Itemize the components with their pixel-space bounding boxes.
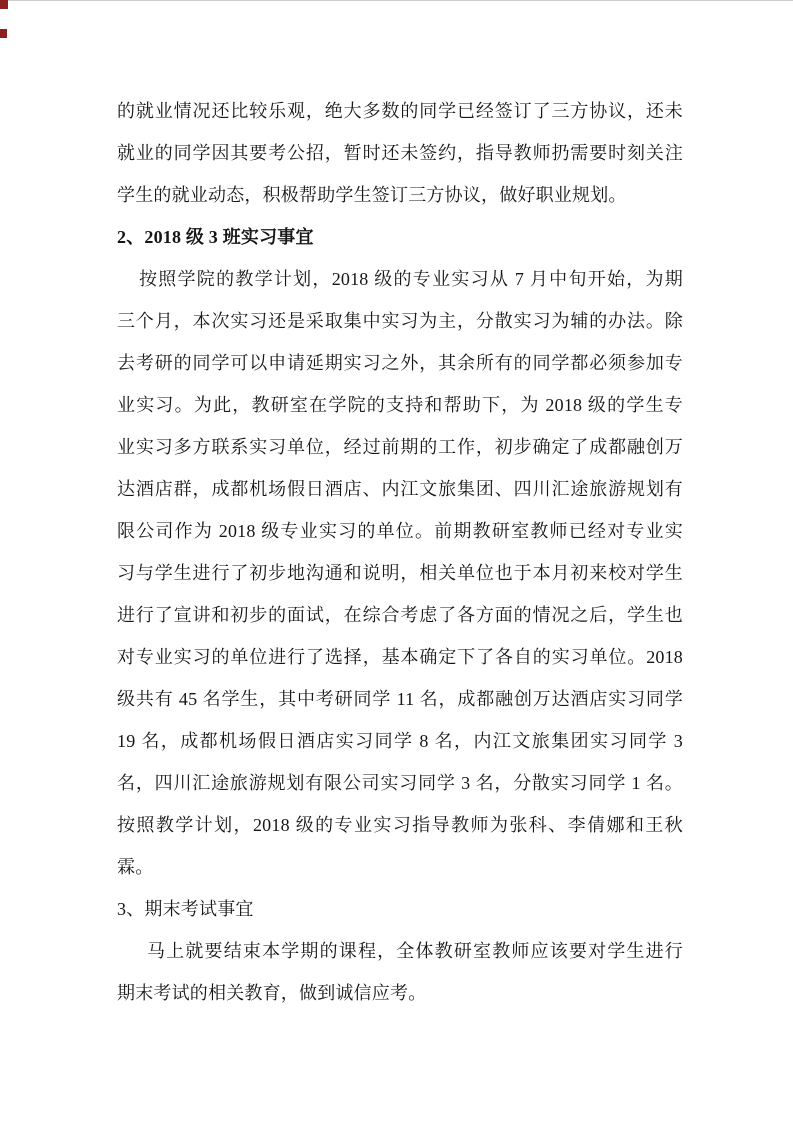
body-text-line: 业实习。为此，教研室在学院的支持和帮助下，为 2018 级的学生专 <box>117 384 683 426</box>
body-text-line: 去考研的同学可以申请延期实习之外，其余所有的同学都必须参加专 <box>117 342 683 384</box>
body-text-line: 名，四川汇途旅游规划有限公司实习同学 3 名，分散实习同学 1 名。 <box>117 762 683 804</box>
body-text-line: 的就业情况还比较乐观，绝大多数的同学已经签订了三方协议，还未 <box>117 90 683 132</box>
body-text-line: 三个月，本次实习还是采取集中实习为主，分散实习为辅的办法。除 <box>117 300 683 342</box>
body-text-line: 级共有 45 名学生，其中考研同学 11 名，成都融创万达酒店实习同学 <box>117 678 683 720</box>
body-text-line: 业实习多方联系实习单位，经过前期的工作，初步确定了成都融创万 <box>117 426 683 468</box>
section-heading: 3、期末考试事宜 <box>117 888 683 930</box>
body-text-line: 按照教学计划，2018 级的专业实习指导教师为张科、李倩娜和王秋 <box>117 804 683 846</box>
body-text-line: 19 名，成都机场假日酒店实习同学 8 名，内江文旅集团实习同学 3 <box>117 720 683 762</box>
page-corner-artifact <box>0 0 8 9</box>
page-edge-artifact <box>0 29 7 38</box>
body-text-line: 按照学院的教学计划，2018 级的专业实习从 7 月中旬开始，为期 <box>117 258 683 300</box>
body-text-line: 就业的同学因其要考公招，暂时还未签约，指导教师扔需要时刻关注 <box>117 132 683 174</box>
body-text-line: 马上就要结束本学期的课程，全体教研室教师应该要对学生进行 <box>117 930 683 972</box>
body-text-line: 进行了宣讲和初步的面试，在综合考虑了各方面的情况之后，学生也 <box>117 594 683 636</box>
page-top-edge <box>0 0 793 1</box>
body-text-line: 达酒店群，成都机场假日酒店、内江文旅集团、四川汇途旅游规划有 <box>117 468 683 510</box>
body-text-line: 学生的就业动态，积极帮助学生签订三方协议，做好职业规划。 <box>117 174 683 216</box>
document-page: 的就业情况还比较乐观，绝大多数的同学已经签订了三方协议，还未就业的同学因其要考公… <box>0 0 793 1122</box>
body-text-line: 习与学生进行了初步地沟通和说明，相关单位也于本月初来校对学生 <box>117 552 683 594</box>
body-text-line: 期末考试的相关教育，做到诚信应考。 <box>117 972 683 1014</box>
section-heading: 2、2018 级 3 班实习事宜 <box>117 216 683 258</box>
body-text-line: 限公司作为 2018 级专业实习的单位。前期教研室教师已经对专业实 <box>117 510 683 552</box>
document-body: 的就业情况还比较乐观，绝大多数的同学已经签订了三方协议，还未就业的同学因其要考公… <box>117 90 683 1014</box>
body-text-line: 对专业实习的单位进行了选择，基本确定下了各自的实习单位。2018 <box>117 636 683 678</box>
body-text-line: 霖。 <box>117 846 683 888</box>
